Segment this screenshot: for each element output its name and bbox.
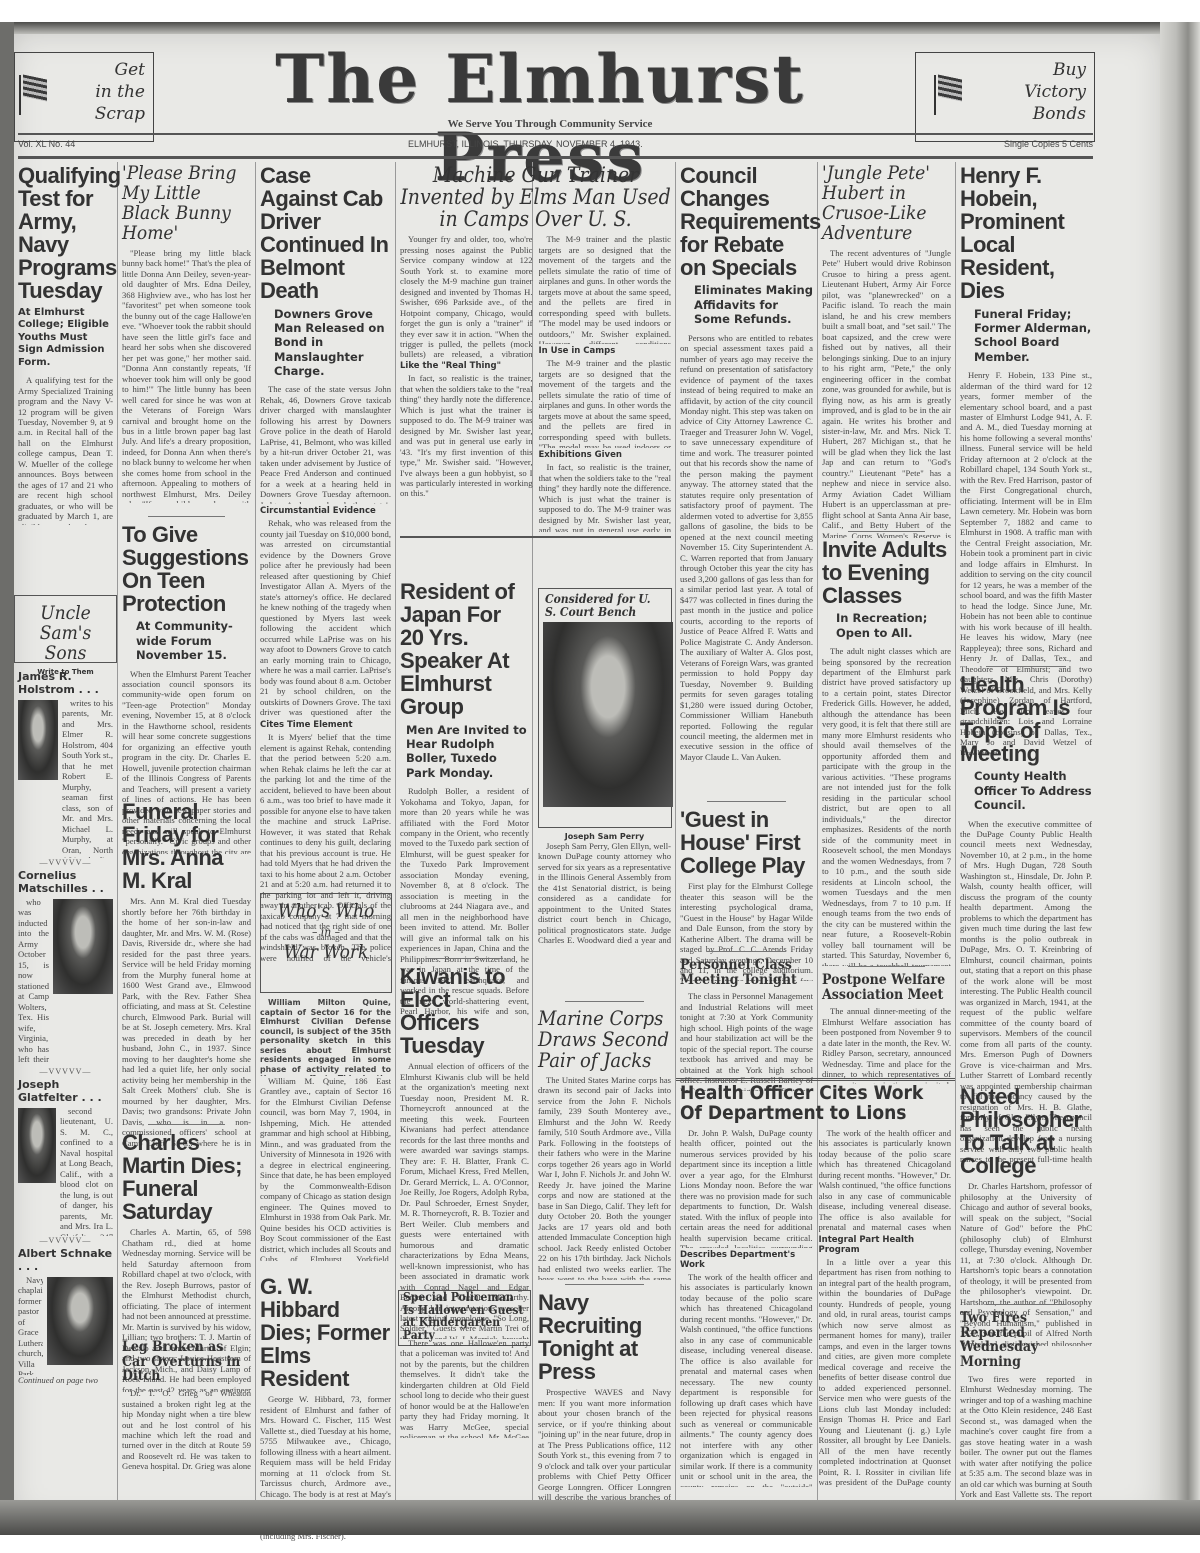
left-ear-box: Get in the Scrap — [14, 52, 154, 142]
subhead: Integral Part Health Program — [819, 1235, 952, 1255]
serviceman-photo — [18, 700, 58, 780]
deck: In Recreation; Open to All. — [836, 611, 951, 640]
divider — [676, 1078, 955, 1081]
divider — [707, 801, 787, 802]
motto: We Serve You Through Community Service — [400, 118, 700, 130]
headline: Personnel Class Meeting Tonight — [680, 958, 813, 987]
article-body: In fact, so realistic is the trainer, th… — [400, 373, 533, 523]
article-body: The M-9 trainer and the plastic targets … — [539, 358, 672, 448]
article-navy-recruiting: Navy Recruiting Tonight at Press Prospec… — [534, 1278, 675, 1517]
article-cab-case: Case Against Cab Driver Continued In Bel… — [256, 164, 395, 962]
photo-caption: Joseph Sam Perry — [538, 832, 671, 841]
article-body: who was inducted into the Army October 1… — [18, 897, 49, 1067]
article-jungle-pete: 'Jungle Pete' Hubert in Crusoe-Like Adve… — [818, 164, 955, 538]
article-kral: Funeral Friday for Mrs. Anna M. Kral Mrs… — [118, 800, 255, 1146]
article-body: Younger fry and older, too, who're press… — [400, 234, 533, 359]
deck: At Community-wide Forum November 15. — [136, 619, 251, 662]
serviceman-photo — [47, 1277, 113, 1365]
article-body: The class in Personnel Management and In… — [680, 991, 813, 1091]
headline: Special Policeman Is Hallowe'en Guest at… — [403, 1291, 526, 1341]
deck: Men Are Invited to Hear Rudolph Boller, … — [406, 723, 529, 781]
serviceman-photo — [53, 899, 113, 994]
article-leg-broken: Leg Broken as Car Overturns in Ditch Dr.… — [118, 1340, 255, 1473]
divider — [148, 1124, 225, 1125]
serviceman-name: Joseph Glatfelter . . . — [18, 1078, 113, 1104]
deck: Eliminates Making Affidavits for Some Re… — [694, 283, 813, 326]
headline: Charles Martin Dies; Funeral Saturday — [122, 1131, 251, 1223]
article-body: The work of the health officer and his a… — [819, 1128, 952, 1233]
box-title: Uncle Sam's Sons — [19, 604, 112, 664]
article-perry: Joseph Sam Perry Joseph Sam Perry, Glen … — [534, 832, 675, 946]
american-flag-icon — [934, 75, 964, 115]
article-machine-gun: Machine Gun Trainer Invented by Elms Man… — [396, 164, 675, 538]
serviceman-name: Albert Schnake . . . — [18, 1247, 113, 1273]
headline: Resident of Japan For 20 Yrs. Speaker At… — [400, 580, 529, 719]
headline: Henry F. Hobein, Prominent Local Residen… — [960, 164, 1092, 303]
headline: Invite Adults to Evening Classes — [822, 538, 951, 607]
headline: Council Changes Requirements for Rebate … — [680, 164, 813, 279]
scan-top-edge — [0, 22, 1200, 34]
deck: At Elmhurst College; Eligible Youths Mus… — [18, 307, 113, 370]
headline: Health Officer Cites Work Of Department … — [680, 1084, 951, 1124]
article-welfare: Postpone Welfare Association Meet The an… — [818, 960, 955, 1084]
subhead: Describes Department's Work — [680, 1250, 813, 1270]
article-body: Dr. John P. Walsh, DuPage county health … — [680, 1128, 813, 1248]
divider — [848, 966, 925, 967]
masthead-rule — [18, 133, 1093, 135]
subhead: Like the "Real Thing" — [400, 361, 533, 371]
article-body: There was one Hallowe'en party that a po… — [400, 1338, 529, 1438]
whos-who-box: Who's Who – in – War Work — [260, 893, 392, 993]
article-body: Prospective WAVES and Navy men: If you w… — [538, 1387, 671, 1517]
article-body: The annual dinner-meeting of the Elmhurs… — [822, 1006, 951, 1084]
dateline: ELMHURST, ILLINOIS, THURSDAY, NOVEMBER 4… — [408, 139, 643, 149]
headline: Case Against Cab Driver Continued In Bel… — [260, 164, 391, 303]
headline: 'Jungle Pete' Hubert in Crusoe-Like Adve… — [822, 164, 951, 244]
subhead: In Use in Camps — [539, 346, 672, 356]
scan-bottom-edge — [0, 1500, 1200, 1535]
divider — [707, 951, 787, 952]
price: Single Copies 5 Cents — [1004, 139, 1093, 149]
divider — [986, 1304, 1065, 1305]
deck: Funeral Friday; Former Alderman, School … — [974, 307, 1092, 365]
headline: Machine Gun Trainer Invented by Elms Man… — [400, 164, 671, 230]
divider — [400, 536, 671, 538]
page-right-edge — [1160, 22, 1200, 1532]
article-body: The adult night classes which are being … — [822, 646, 951, 966]
article-body: writes to his parents, Mr. and Mrs. Elme… — [62, 698, 113, 858]
article-japan-speaker: Resident of Japan For 20 Yrs. Speaker At… — [396, 580, 533, 1016]
box-subtitle: War Work — [265, 943, 387, 963]
article-whos-who: William Milton Quine, captain of Sector … — [256, 998, 395, 1261]
divider — [986, 666, 1065, 667]
box-title: Who's Who — [265, 902, 387, 922]
continued-link[interactable]: Continued on page two — [18, 1375, 113, 1385]
headline: Funeral Friday for Mrs. Anna M. Kral — [122, 800, 251, 892]
headline: Leg Broken as Car Overturns in Ditch — [122, 1340, 251, 1384]
masthead-rule — [18, 156, 1093, 159]
headline: Health Program Is Topic of Meeting — [960, 673, 1092, 765]
article-body: "Please bring my little black bunny back… — [122, 248, 251, 503]
section-separator: —VVVVV— — [18, 1067, 113, 1076]
headline: Marine Corps Draws Second Pair of Jacks — [538, 1008, 671, 1071]
divider — [565, 1284, 645, 1285]
serviceman-name: Cornelius Matschilles . . — [18, 869, 113, 895]
headline: 'Please Bring My Little Black Bunny Home… — [122, 164, 251, 244]
box-in: – in – — [265, 926, 387, 939]
article-lead: William Milton Quine, captain of Sector … — [260, 998, 391, 1076]
article-body: The M-9 trainer and the plastic targets … — [539, 234, 672, 344]
divider — [148, 516, 225, 517]
divider — [426, 958, 503, 959]
headline: 'Guest in House' First College Play — [680, 808, 813, 877]
headline: Navy Recruiting Tonight at Press — [538, 1291, 671, 1383]
article-bunny: 'Please Bring My Little Black Bunny Home… — [118, 164, 255, 503]
article-kiwanis: Kiwanis to Elect Officers Tuesday Annual… — [396, 952, 533, 1339]
article-body: Navy chaplain, former pastor of Grace Lu… — [18, 1275, 43, 1375]
headline: Postpone Welfare Association Meet — [822, 973, 951, 1002]
photo-kicker: Considered for U. S. Court Bench — [545, 593, 665, 618]
article-body: The case of the state versus John Rehak,… — [260, 384, 391, 504]
article-qualifying-test: Qualifying Test for Army, Navy Programs … — [14, 164, 117, 525]
article-body: Two fires were reported in Elmhurst Wedn… — [960, 1374, 1092, 1499]
article-health-officer: Health Officer Cites Work Of Department … — [676, 1084, 955, 1487]
subhead: Exhibitions Given — [539, 450, 672, 460]
subhead: Circumstantial Evidence — [260, 506, 391, 516]
article-body: second lieutenant, U. S. M. C., confined… — [60, 1106, 113, 1236]
headline: To Give Suggestions On Teen Protection — [122, 523, 251, 615]
portrait-photo — [543, 622, 673, 807]
article-body: Dr. T. O. Grieg of Wheaton sustained a b… — [122, 1388, 251, 1473]
headline: Noted Philosopher To Talk at College — [960, 1085, 1092, 1177]
article-body: The United States Marine corps has drawn… — [538, 1075, 671, 1280]
article-body: In a little over a year this department … — [819, 1257, 952, 1487]
uncle-sams-sons-column: James R. Holstrom . . . writes to his pa… — [14, 668, 117, 1385]
article-body: Mrs. Ann M. Kral died Tuesday shortly be… — [122, 896, 251, 1146]
article-body: In fact, so realistic is the trainer, th… — [539, 462, 672, 532]
uncle-sams-sons-box: Uncle Sam's Sons Write to Them — [14, 595, 117, 663]
article-body: Joseph Sam Perry, Glen Ellyn, well-known… — [538, 841, 671, 946]
subhead: Cites Time Element — [260, 720, 391, 730]
headline: Two Fires Reported Wednesday Morning — [960, 1311, 1092, 1370]
divider — [565, 1001, 645, 1002]
article-personnel-class: Personnel Class Meeting Tonight The clas… — [676, 945, 817, 1091]
article-marine-corps: Marine Corps Draws Second Pair of Jacks … — [534, 995, 675, 1280]
article-evening-classes: Invite Adults to Evening Classes In Recr… — [818, 525, 955, 966]
deck: County Health Officer To Address Council… — [974, 769, 1092, 812]
binding-edge — [0, 22, 14, 1522]
section-separator: —VVVVV— — [18, 858, 113, 867]
article-body: Rehak, who was released from the county … — [260, 518, 391, 718]
dateline-bar: Vol. XL No. 44 ELMHURST, ILLINOIS, THURS… — [18, 137, 1093, 153]
court-bench-photo-box: Considered for U. S. Court Bench — [538, 588, 672, 828]
headline: Qualifying Test for Army, Navy Programs … — [18, 164, 113, 303]
american-flag-icon — [19, 75, 49, 115]
article-body: William M. Quine, 186 East Grantley ave.… — [260, 1076, 391, 1261]
serviceman-photo — [18, 1108, 56, 1183]
deck: Downers Grove Man Released on Bond in Ma… — [274, 307, 391, 379]
volume-number: Vol. XL No. 44 — [18, 139, 75, 149]
serviceman-name: James R. Holstrom . . . — [18, 670, 113, 696]
article-body: A qualifying test for the Army Specializ… — [18, 375, 113, 525]
article-body: The work of the health officer and his a… — [680, 1272, 813, 1487]
headline: G. W. Hibbard Dies; Former Elms Resident — [260, 1275, 391, 1390]
divider — [848, 531, 925, 532]
headline: Kiwanis to Elect Officers Tuesday — [400, 965, 529, 1057]
article-body: The recent adventures of "Jungle Pete" H… — [822, 248, 951, 538]
right-ear-box: Buy Victory Bonds — [915, 52, 1095, 142]
article-two-fires: Two Fires Reported Wednesday Morning Two… — [956, 1298, 1096, 1499]
section-separator: —VVVVV— — [18, 1236, 113, 1245]
article-policeman-body: There was one Hallowe'en party that a po… — [396, 1338, 533, 1438]
